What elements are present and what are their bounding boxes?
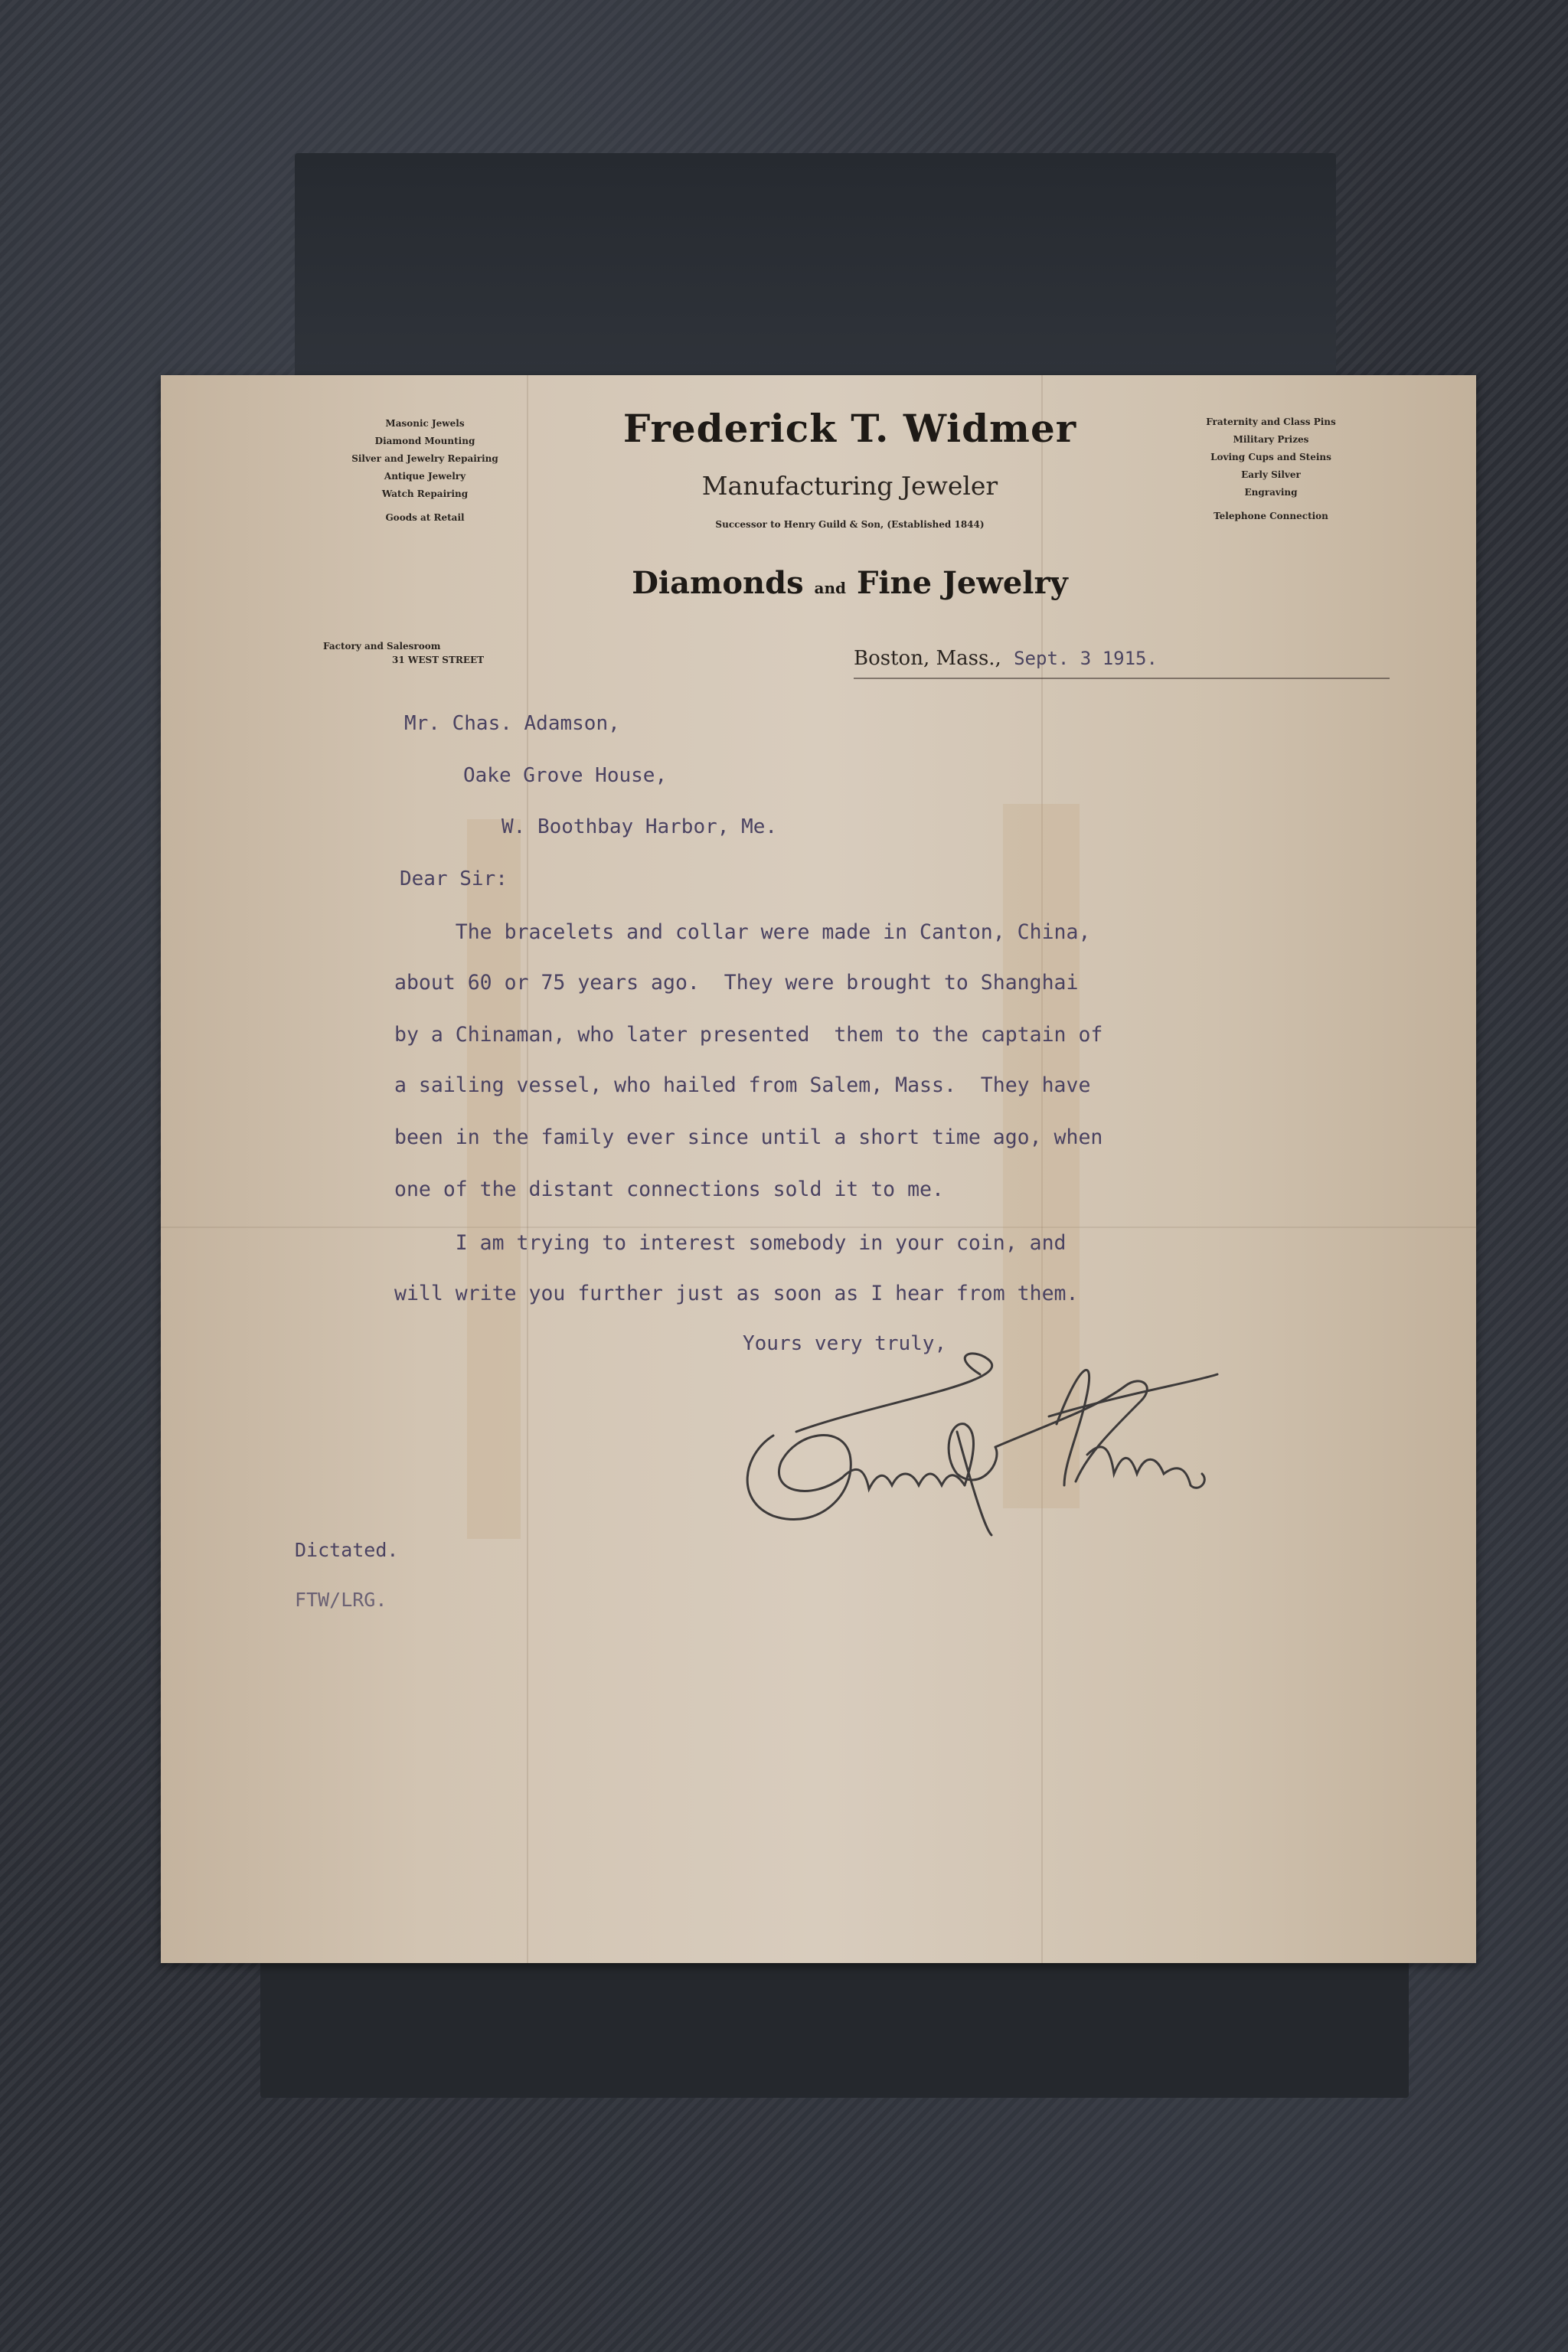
service-item: Loving Cups and Steins [1141, 449, 1401, 466]
body-line: by a Chinaman, who later presented them … [394, 1023, 1102, 1047]
service-item: Fraternity and Class Pins [1141, 413, 1401, 431]
service-item: Silver and Jewelry Repairing [302, 450, 547, 468]
service-item: Antique Jewelry [302, 468, 547, 485]
reference-initials: FTW/LRG. [295, 1589, 387, 1611]
company-subtitle: Manufacturing Jeweler [574, 471, 1125, 501]
tagline: Diamonds and Fine Jewelry [574, 565, 1125, 601]
service-item: Engraving [1141, 484, 1401, 501]
goods-at-retail: Goods at Retail [302, 509, 547, 527]
fold-crease [161, 1227, 1476, 1228]
factory-address: Factory and Salesroom 31 WEST STREET [323, 639, 484, 667]
service-item: Early Silver [1141, 466, 1401, 484]
address-street: 31 WEST STREET [323, 653, 484, 667]
letterhead-left-services: Masonic Jewels Diamond Mounting Silver a… [302, 415, 547, 527]
letterhead-right-services: Fraternity and Class Pins Military Prize… [1141, 413, 1401, 525]
city: Boston, Mass., [854, 647, 1001, 670]
body-line: The bracelets and collar were made in Ca… [394, 920, 1090, 944]
tagline-and: and [815, 579, 846, 597]
service-item: Masonic Jewels [302, 415, 547, 433]
tagline-fine-jewelry: Fine Jewelry [857, 565, 1068, 601]
body-line: I am trying to interest somebody in your… [394, 1231, 1067, 1255]
address-label: Factory and Salesroom [323, 639, 484, 653]
recipient-name: Mr. Chas. Adamson, [404, 712, 620, 735]
company-name: Frederick T. Widmer [574, 406, 1125, 451]
service-item: Military Prizes [1141, 431, 1401, 449]
service-item: Diamond Mounting [302, 433, 547, 450]
recipient-address-line: W. Boothbay Harbor, Me. [501, 815, 777, 838]
dark-mounting-board-top [295, 153, 1336, 398]
letter-sheet: Masonic Jewels Diamond Mounting Silver a… [161, 375, 1476, 1963]
body-line: one of the distant connections sold it t… [394, 1178, 944, 1201]
recipient-address-line: Oake Grove House, [463, 764, 667, 787]
dictated-note: Dictated. [295, 1539, 398, 1561]
telephone-connection: Telephone Connection [1141, 508, 1401, 525]
successor-note: Successor to Henry Guild & Son, (Establi… [574, 519, 1125, 530]
tagline-diamonds: Diamonds [632, 565, 803, 601]
body-line: a sailing vessel, who hailed from Salem,… [394, 1073, 1090, 1097]
salutation: Dear Sir: [400, 867, 508, 890]
body-line: will write you further just as soon as I… [394, 1282, 1078, 1305]
handwritten-signature [727, 1340, 1447, 1554]
body-line: about 60 or 75 years ago. They were brou… [394, 971, 1078, 995]
service-item: Watch Repairing [302, 485, 547, 503]
fold-crease [527, 375, 528, 1963]
letter-date: Sept. 3 1915. [1014, 648, 1158, 669]
dateline: Boston, Mass., Sept. 3 1915. [854, 647, 1390, 679]
body-line: been in the family ever since until a sh… [394, 1125, 1102, 1149]
